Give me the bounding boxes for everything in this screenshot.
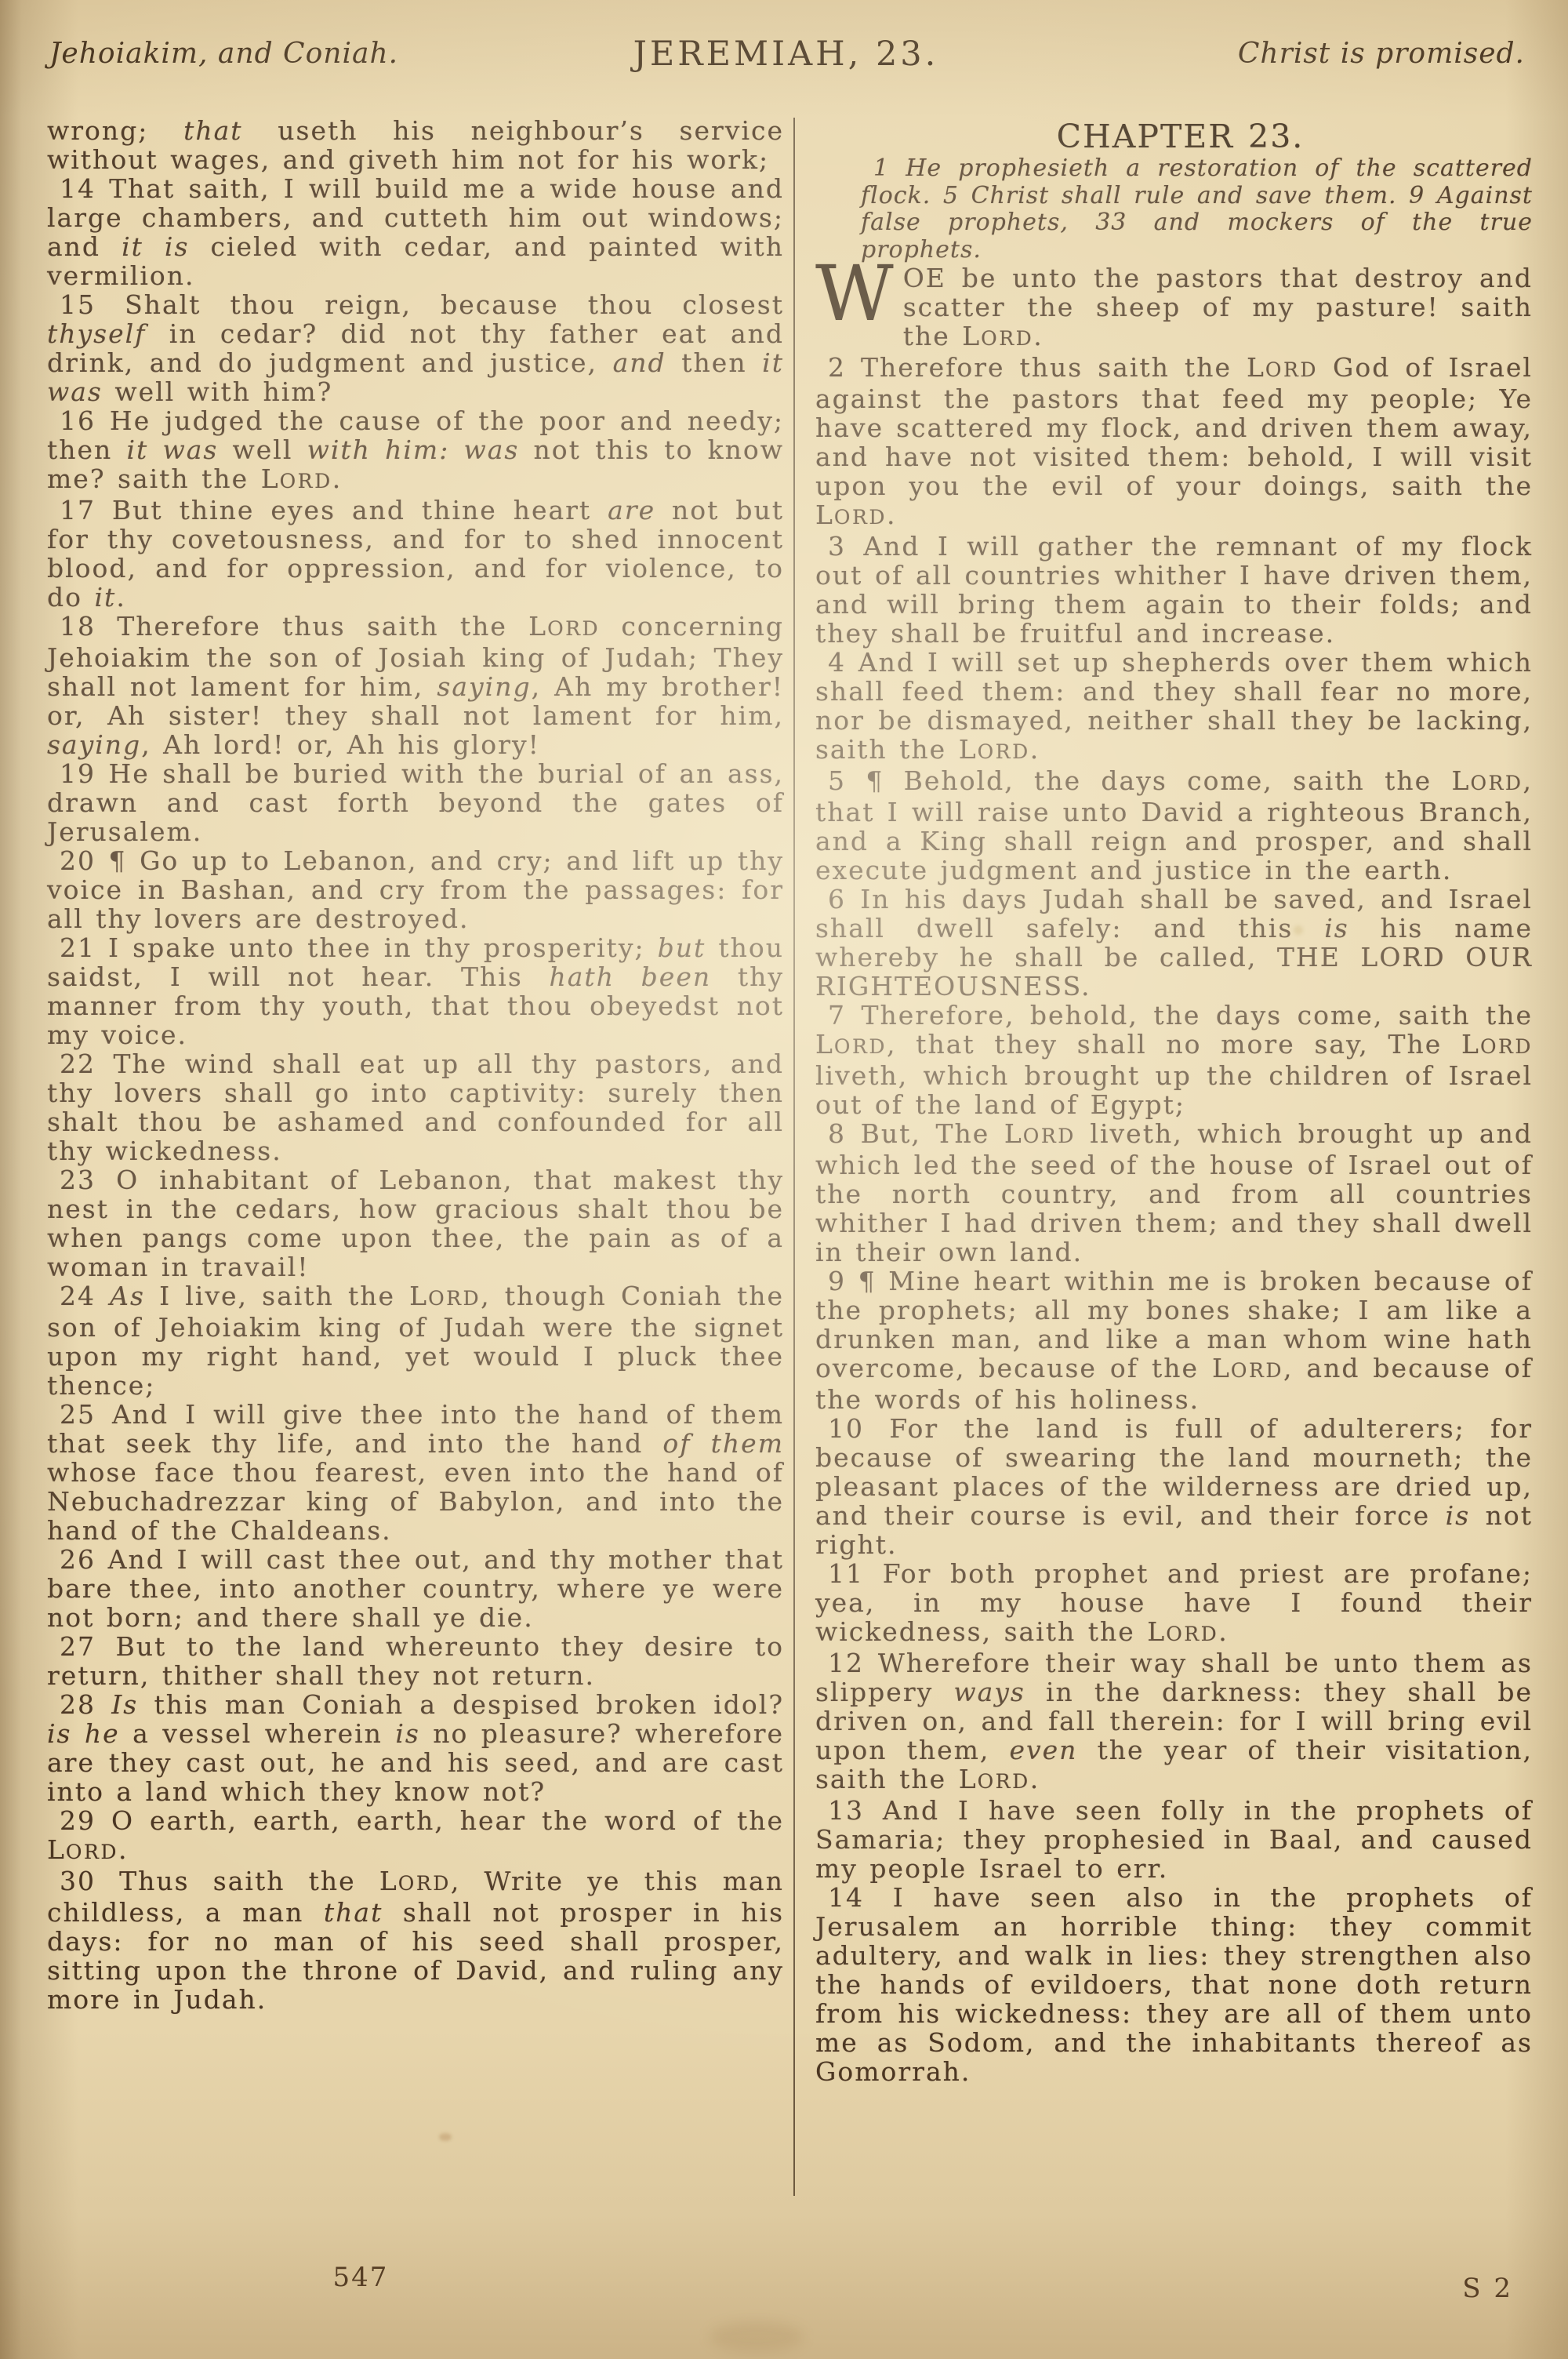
column-divider-rule [793, 118, 795, 2196]
paper-stain [439, 2133, 452, 2141]
verse-6: 6 In his days Judah shall be saved, and … [815, 885, 1533, 1001]
verse-8: 8 But, The Lord liveth, which brought up… [815, 1119, 1533, 1267]
verse-23: 23 O inhabitant of Lebanon, that makest … [47, 1165, 784, 1281]
verse-19: 19 He shall be buried with the burial of… [47, 759, 784, 846]
chapter-heading: CHAPTER 23. [815, 118, 1533, 155]
verse-1: WOE be unto the pastors that destroy and… [815, 264, 1533, 353]
running-head: Jehoiakim, and Coniah. JEREMIAH, 23. Chr… [47, 30, 1525, 77]
drop-cap-initial: W [815, 264, 903, 323]
verse-27: 27 But to the land whereunto they desire… [47, 1632, 784, 1690]
verse-7: 7 Therefore, behold, the days come, sait… [815, 1001, 1533, 1119]
verse-3: 3 And I will gather the remnant of my fl… [815, 532, 1533, 648]
verse-25: 25 And I will give thee into the hand of… [47, 1400, 784, 1545]
verse-28: 28 Is this man Coniah a despised broken … [47, 1690, 784, 1806]
paper-stain [710, 2321, 804, 2353]
verse-29: 29 O earth, earth, earth, hear the word … [47, 1806, 784, 1866]
verse-22: 22 The wind shall eat up all thy pastors… [47, 1049, 784, 1165]
verse-5: 5 ¶ Behold, the days come, saith the Lor… [815, 766, 1533, 885]
chapter-summary: 1 He prophesieth a restoration of the sc… [815, 155, 1533, 264]
verse-11: 11 For both prophet and priest are profa… [815, 1559, 1533, 1648]
verse-30: 30 Thus saith the Lord, Write ye this ma… [47, 1866, 784, 2014]
page-number: 547 [47, 2262, 674, 2293]
verse-14: 14 I have seen also in the prophets of J… [815, 1883, 1533, 2086]
verse-21: 21 I spake unto thee in thy prosperity; … [47, 933, 784, 1049]
verse-17: 17 But thine eyes and thine heart are no… [47, 496, 784, 612]
verse-14: 14 That saith, I will build me a wide ho… [47, 174, 784, 290]
printers-signature: S 2 [815, 2273, 1513, 2304]
verse-9: 9 ¶ Mine heart within me is broken becau… [815, 1267, 1533, 1414]
left-column: wrong; that useth his neighbour’s servic… [47, 116, 784, 2014]
verse-20: 20 ¶ Go up to Lebanon, and cry; and lift… [47, 846, 784, 933]
verse-24: 24 As I live, saith the Lord, though Con… [47, 1281, 784, 1400]
running-head-right: Christ is promised. [1238, 38, 1525, 70]
verse-2: 2 Therefore thus saith the Lord God of I… [815, 353, 1533, 532]
right-column: CHAPTER 23. 1 He prophesieth a restorati… [815, 118, 1533, 2086]
verse-15: 15 Shalt thou reign, because thou closes… [47, 290, 784, 406]
verse-continuation: wrong; that useth his neighbour’s servic… [47, 116, 784, 174]
verse-18: 18 Therefore thus saith the Lord concern… [47, 612, 784, 759]
verse-12: 12 Wherefore their way shall be unto the… [815, 1648, 1533, 1796]
verse-10: 10 For the land is full of adulterers; f… [815, 1414, 1533, 1559]
verse-26: 26 And I will cast thee out, and thy mot… [47, 1545, 784, 1632]
verse-13: 13 And I have seen folly in the prophets… [815, 1796, 1533, 1883]
verse-4: 4 And I will set up shepherds over them … [815, 648, 1533, 766]
verse-16: 16 He judged the cause of the poor and n… [47, 406, 784, 496]
